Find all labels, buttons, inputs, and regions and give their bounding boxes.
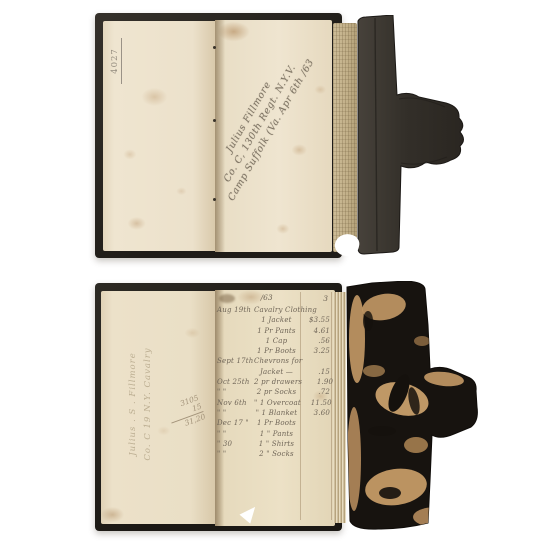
bottom-diary-left-page: Julius . S . Fillmore Co. C 19 N.Y. Cava… [101,291,215,524]
ledger-price [299,449,333,459]
ledger-price [302,356,336,366]
ledger-item: " 1 Blanket [254,408,299,418]
ledger-date: " " [217,429,254,439]
ledger-price: 4.61 [299,326,333,336]
ledger-year: /63 [261,293,273,302]
pencil-inventory-number: 4027 [110,38,122,84]
gutter-stitch-dot [213,46,216,49]
ledger-price: 3.25 [299,346,333,356]
ledger-row: " " 2 " Socks [217,449,333,459]
ledger-date: Oct 25th [217,377,254,387]
ledger-price [299,439,333,449]
ledger-item: 1 Pr Pants [254,326,299,336]
ledger-date: " " [217,408,254,418]
ledger-item: 2 " Socks [254,449,299,459]
ledger-date: Dec 17 " [217,418,254,428]
ledger-price: 11.50 [301,398,335,408]
ledger-row: " " 2 pr Socks .72 [217,387,333,397]
ledger-item: 2 pr drawers [254,377,302,387]
ledger-item: 1 " Shirts [254,439,299,449]
gutter-smudge [219,294,235,303]
ledger-date: " 30 [217,439,254,449]
ledger-date [217,336,254,346]
bottom-diary-flap [344,281,480,533]
ledger-date [217,315,254,325]
ledger-price: 3.60 [299,408,333,418]
ledger-row: Aug 19th Cavalry Clothing [217,305,333,315]
pencil-inventory-number-wrap: 4027 [93,47,135,61]
ledger-item: Jacket — [254,367,299,377]
ledger-item: 1 Jacket [254,315,299,325]
ledger-date: " " [217,387,254,397]
inscription-line: Co. C, 130th Regt. N.Y.V. [212,47,308,201]
ledger-date [217,346,254,356]
ledger-item: Chevrons for [254,356,302,366]
ledger-price: .15 [299,367,333,377]
ledger-page-number: 3 [323,294,328,303]
ledger-date: Aug 19th [217,305,254,315]
ledger-date [217,367,254,377]
top-diary-right-page: Julius Fillmore Co. C, 130th Regt. N.Y.V… [215,20,332,252]
ledger-row: Jacket — .15 [217,367,333,377]
ledger-price [299,418,333,428]
ledger-price: 1.90 [302,377,336,387]
owner-line: Julius . S . Fillmore [126,306,141,502]
top-diary-flap [347,15,469,255]
ledger-row: 1 Cap .56 [217,336,333,346]
ledger-date [217,326,254,336]
ledger-row: 1 Pr Boots 3.25 [217,346,333,356]
ledger-row: Dec 17 " 1 Pr Boots [217,418,333,428]
ledger-row: Sept 17th Chevrons for [217,356,333,366]
ledger-date: " " [217,449,254,459]
ledger-price: .56 [299,336,333,346]
ledger-price: .72 [299,387,333,397]
ledger-row: " " " 1 Blanket 3.60 [217,408,333,418]
owner-name-wrap: Julius . S . Fillmore Co. C 19 N.Y. Cava… [43,389,239,419]
ledger-rows: Aug 19th Cavalry Clothing 1 Jacket $3.55… [217,305,333,459]
ledger-row: " " 1 " Pants [217,429,333,439]
ledger-row: 1 Pr Pants 4.61 [217,326,333,336]
photo-backdrop: 4027 Julius Fillmore Co. C, 130th Regt. … [0,0,550,550]
ledger-row: 1 Jacket $3.55 [217,315,333,325]
ledger-item: 2 pr Socks [254,387,299,397]
arithmetic-notes: 3105 15 31,20 [167,396,205,430]
ledger-row: Oct 25th 2 pr drawers 1.90 [217,377,333,387]
ledger-price [299,429,333,439]
owner-line: Co. C 19 N.Y. Cavalry [141,306,156,502]
ledger-item: 1 Pr Boots [254,346,299,356]
ledger-item: 1 " Pants [254,429,299,439]
clothing-ledger: /63 3 Aug 19th Cavalry Clothing 1 Jacket… [215,290,335,526]
bottom-diary-ledger-page: /63 3 Aug 19th Cavalry Clothing 1 Jacket… [215,290,335,526]
ledger-item: 1 Pr Boots [254,418,299,428]
gutter-stitch-dot [213,119,216,122]
ledger-item: " 1 Overcoat [254,398,301,408]
ledger-price: $3.55 [299,315,333,325]
ledger-item: 1 Cap [254,336,299,346]
owner-name-vertical: Julius . S . Fillmore Co. C 19 N.Y. Cava… [126,306,156,502]
ledger-item: Cavalry Clothing [254,305,317,315]
ledger-date: Nov 6th [217,398,254,408]
ledger-date: Sept 17th [217,356,254,366]
gutter-stitch-dot [213,198,216,201]
ledger-row: Nov 6th " 1 Overcoat 11.50 [217,398,333,408]
ledger-row: " 30 1 " Shirts [217,439,333,449]
